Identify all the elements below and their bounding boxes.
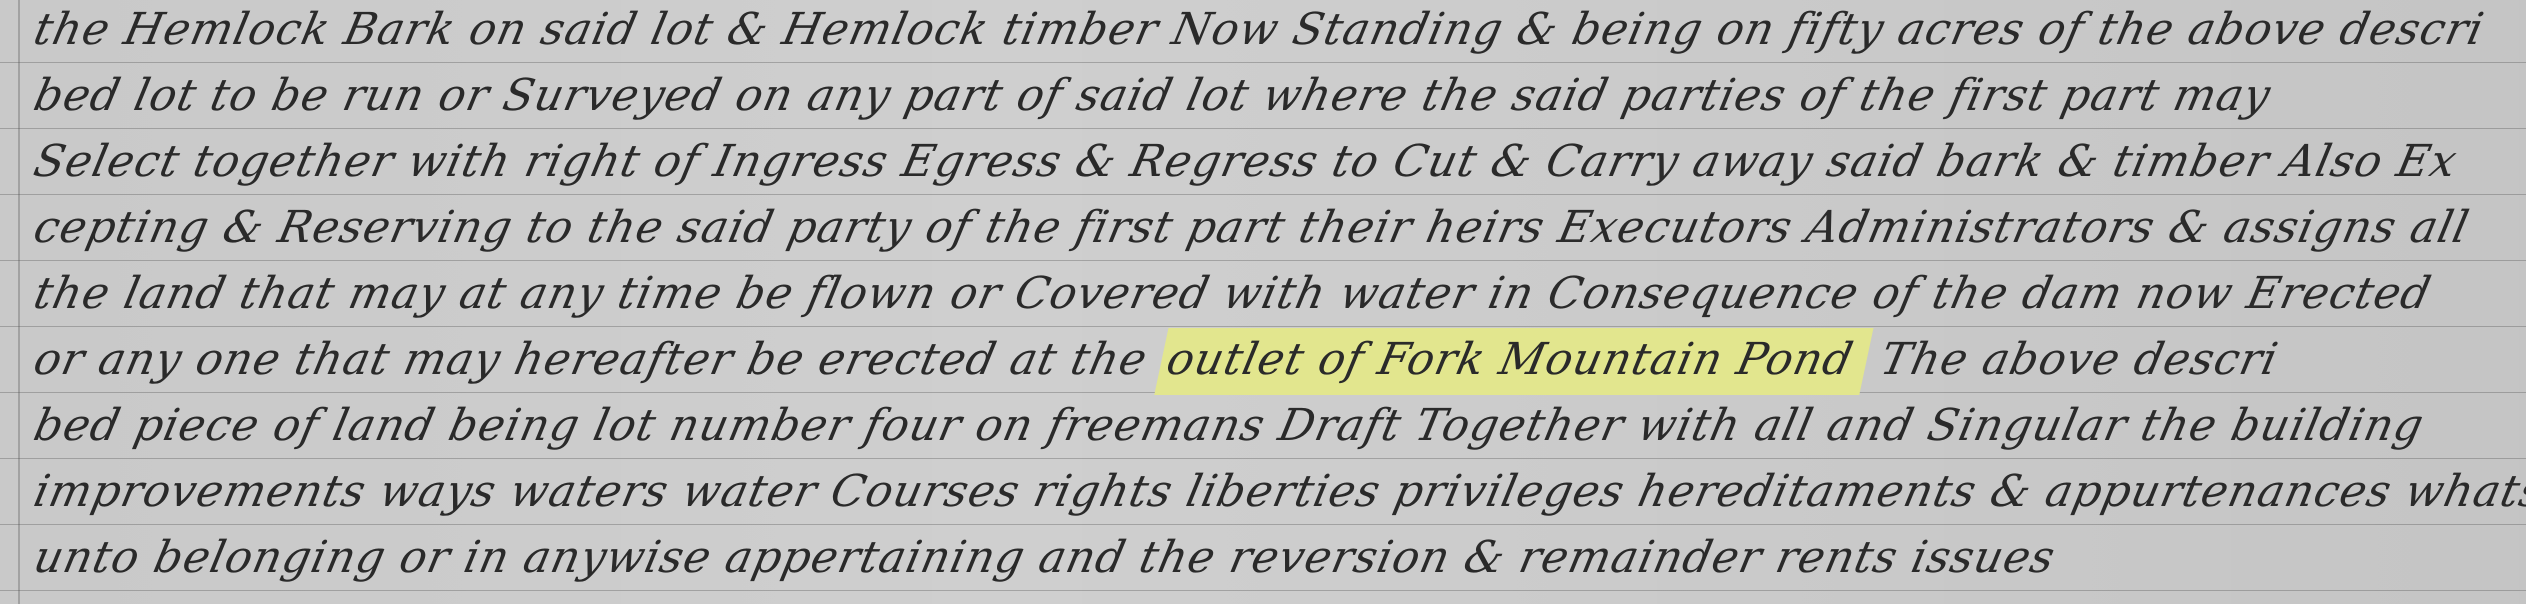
handwritten-line-3: Select together with right of Ingress Eg… bbox=[30, 140, 2526, 184]
deed-page-scan: the Hemlock Bark on said lot & Hemlock t… bbox=[0, 0, 2526, 604]
margin-rule bbox=[18, 0, 20, 604]
highlighted-phrase: outlet of Fork Mountain Pond bbox=[1154, 328, 1873, 395]
handwritten-line-4: cepting & Reserving to the said party of… bbox=[30, 206, 2526, 250]
ruled-line bbox=[0, 458, 2526, 459]
handwritten-line-8: improvements ways waters water Courses r… bbox=[30, 470, 2526, 514]
ruled-line bbox=[0, 194, 2526, 195]
handwritten-line-6: or any one that may hereafter be erected… bbox=[30, 338, 2526, 382]
handwritten-line-9: unto belonging or in anywise appertainin… bbox=[30, 536, 2526, 580]
line-6-before: or any one that may hereafter be erected… bbox=[29, 334, 1167, 385]
ruled-line bbox=[0, 62, 2526, 63]
ruled-line bbox=[0, 260, 2526, 261]
ruled-line bbox=[0, 590, 2526, 591]
handwritten-line-2: bed lot to be run or Surveyed on any par… bbox=[30, 74, 2526, 118]
ruled-line bbox=[0, 326, 2526, 327]
handwritten-line-5: the land that may at any time be flown o… bbox=[30, 272, 2526, 316]
line-6-after: The above descri bbox=[1861, 334, 2283, 385]
ruled-line bbox=[0, 524, 2526, 525]
handwritten-line-7: bed piece of land being lot number four … bbox=[30, 404, 2526, 448]
ruled-line bbox=[0, 128, 2526, 129]
handwritten-line-1: the Hemlock Bark on said lot & Hemlock t… bbox=[30, 8, 2526, 52]
